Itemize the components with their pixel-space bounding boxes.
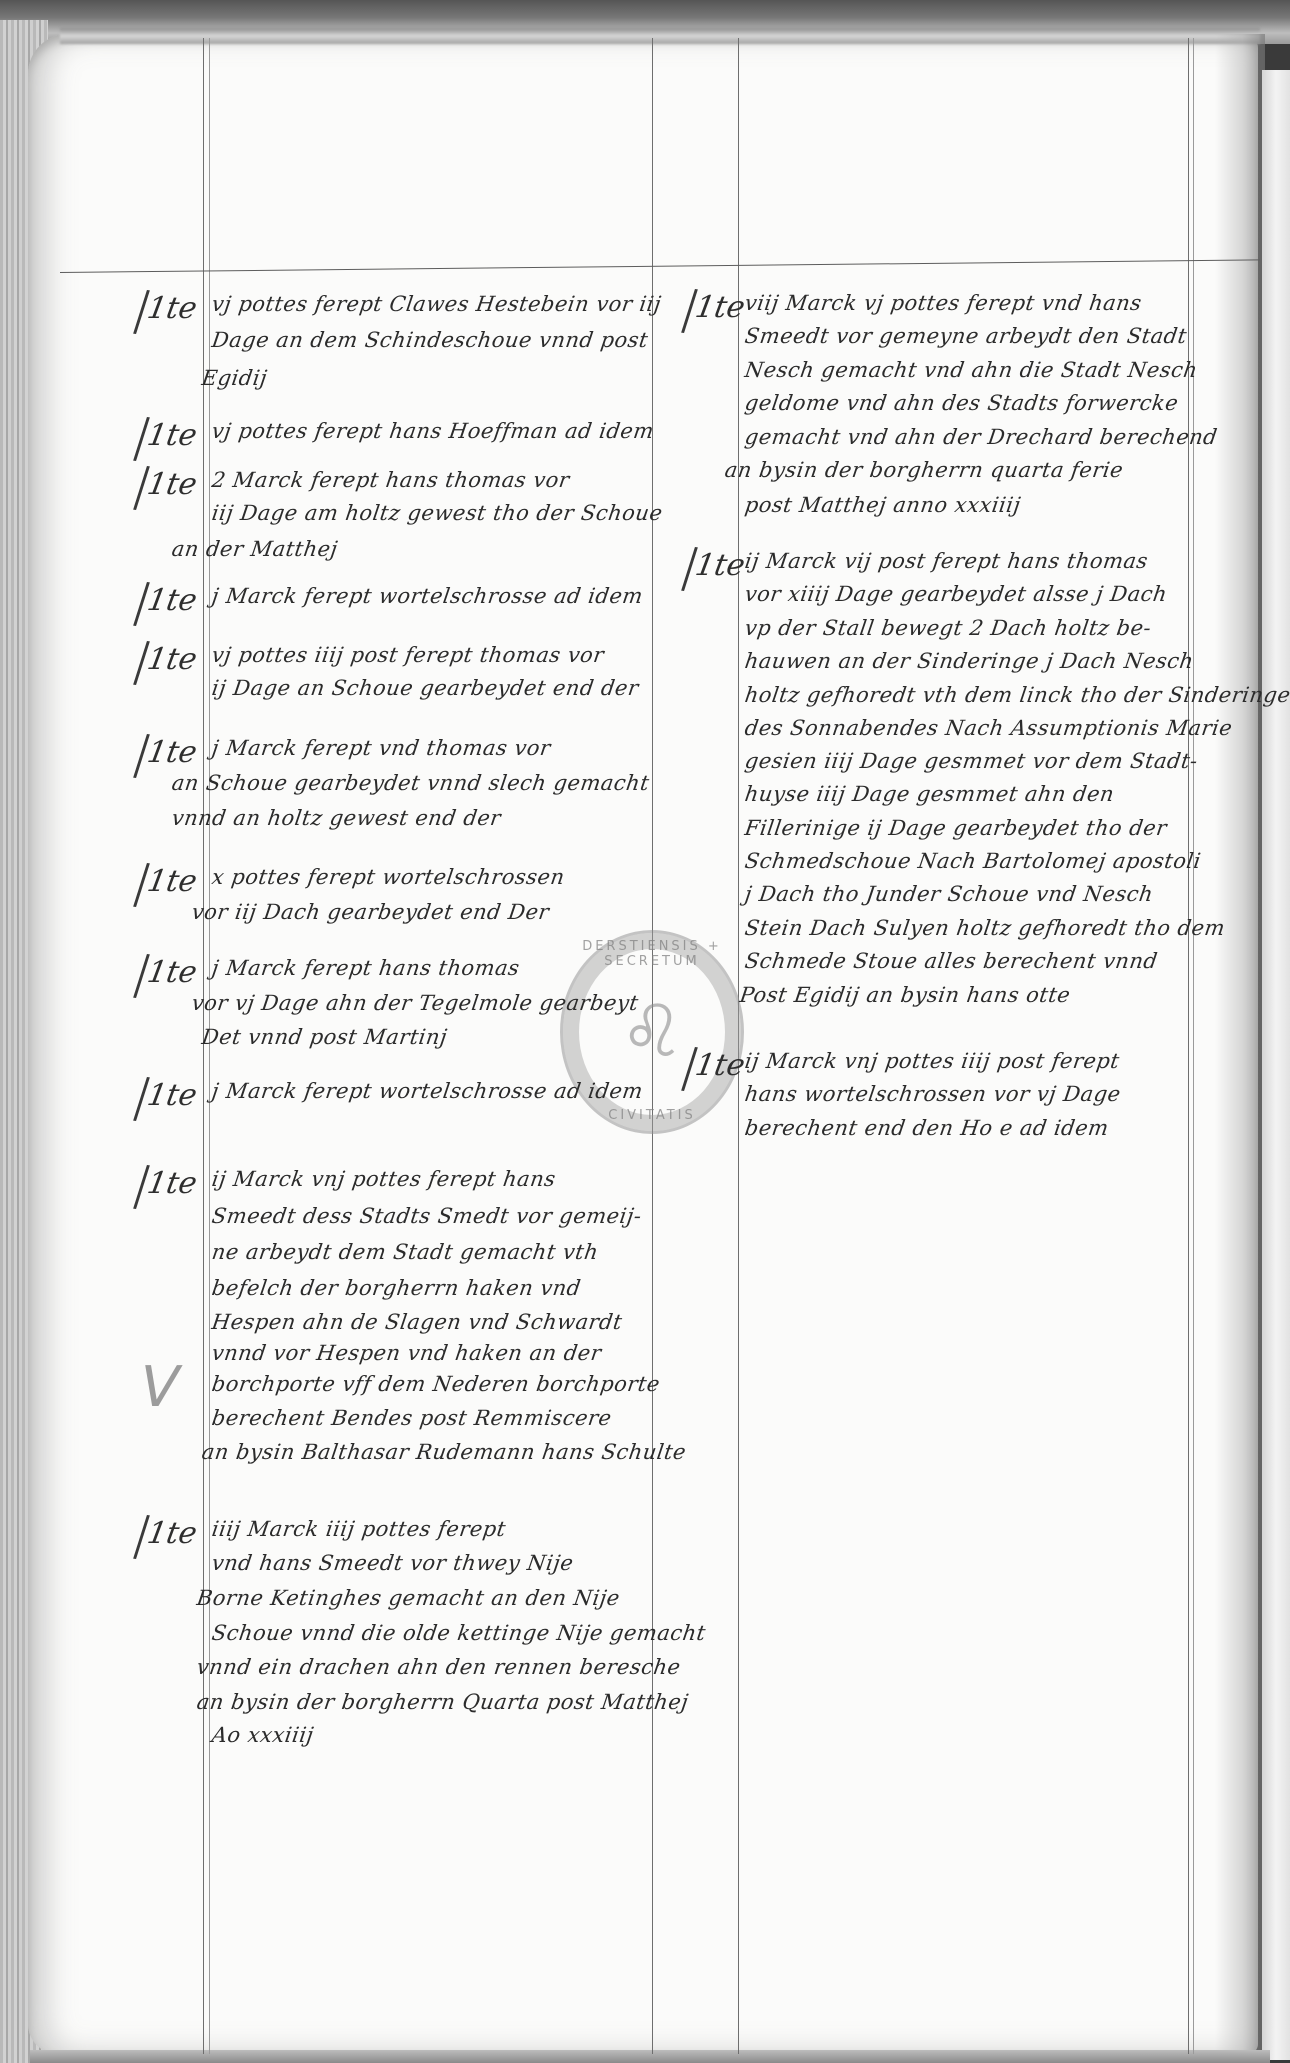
ledger-entry-line: j Marck ferept hans thomas	[210, 956, 521, 980]
ledger-entry-line: vnd hans Smeedt vor thwey Nije	[210, 1551, 575, 1575]
ledger-entry-line: berechent Bendes post Remmiscere	[210, 1406, 613, 1430]
adjacent-page-edge	[1262, 70, 1290, 2060]
ledger-entry-line: vnnd an holtz gewest end der	[170, 806, 502, 830]
ledger-entry-line: des Sonnabendes Nach Assumptionis Marie	[743, 716, 1234, 740]
ledger-entry-line: hauwen an der Sinderinge j Dach Nesch	[743, 649, 1195, 673]
ledger-entry-line: j Marck ferept vnd thomas vor	[210, 736, 552, 760]
ledger-entry-line: gesien iiij Dage gesmmet vor dem Stadt-	[743, 749, 1199, 773]
ledger-entry-line: an bysin der borgherrn quarta ferie	[723, 458, 1125, 482]
ledger-entry-line: Smeedt dess Stadts Smedt vor gemeij-	[210, 1204, 643, 1228]
ledger-entry-line: vj pottes ferept Clawes Hestebein vor ii…	[210, 292, 662, 316]
ledger-entry-line: post Matthej anno xxxiiij	[743, 493, 1022, 517]
page-top-edge	[60, 28, 1260, 44]
ledger-entry-line: j Marck ferept wortelschrosse ad idem	[210, 1079, 644, 1103]
ledger-entry-line: Nesch gemacht vnd ahn die Stadt Nesch	[743, 358, 1199, 382]
ledger-entry-line: borchporte vff dem Nederen borchporte	[210, 1372, 661, 1396]
margin-mark-text: 1te	[145, 642, 200, 677]
margin-mark-text: 1te	[145, 1516, 200, 1551]
ledger-entry-line: ij Marck vnj pottes ferept hans	[210, 1167, 557, 1191]
margin-mark: 1te	[684, 1047, 748, 1091]
ledger-entry-line: Post Egidij an bysin hans otte	[738, 983, 1072, 1007]
ledger-entry-line: an bysin Balthasar Rudemann hans Schulte	[200, 1440, 687, 1464]
seal-text-top: DERSTIENSIS + SECRETUM	[563, 939, 741, 969]
ledger-entry-line: viij Marck vj pottes ferept vnd hans	[743, 291, 1143, 315]
ledger-entry-line: ij Marck vnj pottes iiij post ferept	[743, 1049, 1121, 1073]
margin-mark: 1te	[136, 954, 200, 998]
ledger-entry-line: befelch der borgherrn haken vnd	[210, 1276, 582, 1300]
margin-mark-text: 1te	[693, 548, 748, 583]
ledger-entry-line: holtz gefhoredt vth dem linck tho der Si…	[743, 683, 1290, 707]
ledger-entry-line: vnnd ein drachen ahn den rennen beresche	[195, 1655, 682, 1679]
margin-mark-text: 1te	[145, 291, 200, 326]
column-rule-right-end	[1188, 38, 1189, 2054]
margin-mark-text: 1te	[693, 1048, 748, 1083]
ledger-entry-line: an Schoue gearbeydet vnnd slech gemacht	[170, 771, 651, 795]
ledger-entry-line: ij Dage an Schoue gearbeydet end der	[210, 676, 640, 700]
margin-mark: 1te	[136, 290, 200, 334]
margin-mark-text: 1te	[145, 955, 200, 990]
margin-mark: 1te	[684, 547, 748, 591]
ledger-entry-line: 2 Marck ferept hans thomas vor	[210, 468, 571, 492]
margin-mark-text: 1te	[145, 583, 200, 618]
ledger-entry-line: ij Marck vij post ferept hans thomas	[743, 549, 1149, 573]
ledger-entry-line: Smeedt vor gemeyne arbeydt den Stadt	[743, 324, 1188, 348]
ledger-entry-line: an der Matthej	[170, 537, 339, 561]
column-rule-right-end-inner	[1193, 38, 1194, 2054]
ledger-entry-line: vor vj Dage ahn der Tegelmole gearbeyt	[190, 991, 640, 1015]
margin-mark: 1te	[136, 417, 200, 461]
ledger-entry-line: Hespen ahn de Slagen vnd Schwardt	[210, 1310, 624, 1334]
ledger-entry-line: an bysin der borgherrn Quarta post Matth…	[195, 1690, 690, 1714]
ledger-entry-line: vor xiiij Dage gearbeydet alsse j Dach	[743, 582, 1169, 606]
ledger-entry-line: vor iij Dach gearbeydet end Der	[190, 900, 551, 924]
margin-mark: 1te	[136, 466, 200, 510]
ledger-entry-line: vnnd vor Hespen vnd haken an der	[210, 1341, 603, 1365]
margin-mark-text: 1te	[145, 735, 200, 770]
ledger-entry-line: j Dach tho Junder Schoue vnd Nesch	[743, 882, 1155, 906]
ledger-entry-line: iiij Marck iiij pottes ferept	[210, 1517, 507, 1541]
margin-mark-text: 1te	[145, 418, 200, 453]
margin-mark-text: 1te	[693, 290, 748, 325]
ledger-entry-line: j Marck ferept wortelschrosse ad idem	[210, 584, 644, 608]
ledger-entry-line: hans wortelschrossen vor vj Dage	[743, 1082, 1122, 1106]
margin-mark-text: 1te	[145, 864, 200, 899]
ledger-entry-line: Stein Dach Sulyen holtz gefhoredt tho de…	[743, 916, 1226, 940]
ledger-entry-line: geldome vnd ahn des Stadts forwercke	[743, 391, 1180, 415]
margin-mark: 1te	[136, 1515, 200, 1559]
page-bottom-edge	[30, 2050, 1270, 2063]
margin-mark: 1te	[684, 289, 748, 333]
ledger-entry-line: Borne Ketinghes gemacht an den Nije	[195, 1586, 621, 1610]
ledger-entry-line: Schmedschoue Nach Bartolomej apostoli	[743, 849, 1202, 873]
margin-mark: 1te	[136, 863, 200, 907]
ledger-entry-line: huyse iiij Dage gesmmet ahn den	[743, 782, 1116, 806]
ledger-entry-line: Det vnnd post Martinj	[200, 1025, 449, 1049]
ledger-entry-line: gemacht vnd ahn der Drechard berechend	[743, 425, 1219, 449]
ledger-entry-line: vj pottes iiij post ferept thomas vor	[210, 643, 605, 667]
ledger-entry-line: Ao xxxiiij	[210, 1723, 315, 1747]
ledger-entry-line: Dage an dem Schindeschoue vnnd post	[210, 328, 649, 352]
margin-mark-text: 1te	[145, 1078, 200, 1113]
ledger-entry-line: Schoue vnnd die olde kettinge Nije gemac…	[210, 1621, 707, 1645]
ledger-entry-line: vj pottes ferept hans Hoeffman ad idem	[210, 419, 655, 443]
ledger-entry-line: berechent end den Ho e ad idem	[743, 1116, 1110, 1140]
ledger-entry-line: Schmede Stoue alles berechent vnnd	[743, 949, 1159, 973]
margin-mark: 1te	[136, 641, 200, 685]
margin-mark: 1te	[136, 1077, 200, 1121]
archive-stamp-seal: DERSTIENSIS + SECRETUM ♌ CIVITATIS	[560, 930, 744, 1134]
ledger-entry-line: iij Dage am holtz gewest tho der Schoue	[210, 501, 664, 525]
ledger-entry-line: ne arbeydt dem Stadt gemacht vth	[210, 1240, 600, 1264]
seal-text-bottom: CIVITATIS	[563, 1108, 741, 1123]
margin-mark-text: 1te	[145, 467, 200, 502]
ledger-entry-line: x pottes ferept wortelschrossen	[210, 865, 566, 889]
margin-mark: 1te	[136, 582, 200, 626]
ledger-entry-line: vp der Stall bewegt 2 Dach holtz be-	[743, 616, 1153, 640]
margin-mark-text: 1te	[145, 1166, 200, 1201]
ledger-entry-line: Fillerinige ij Dage gearbeydet tho der	[743, 816, 1168, 840]
margin-mark: 1te	[136, 1165, 200, 1209]
ledger-entry-line: Egidij	[200, 366, 269, 390]
binding-fold-shadow	[1215, 34, 1265, 2054]
